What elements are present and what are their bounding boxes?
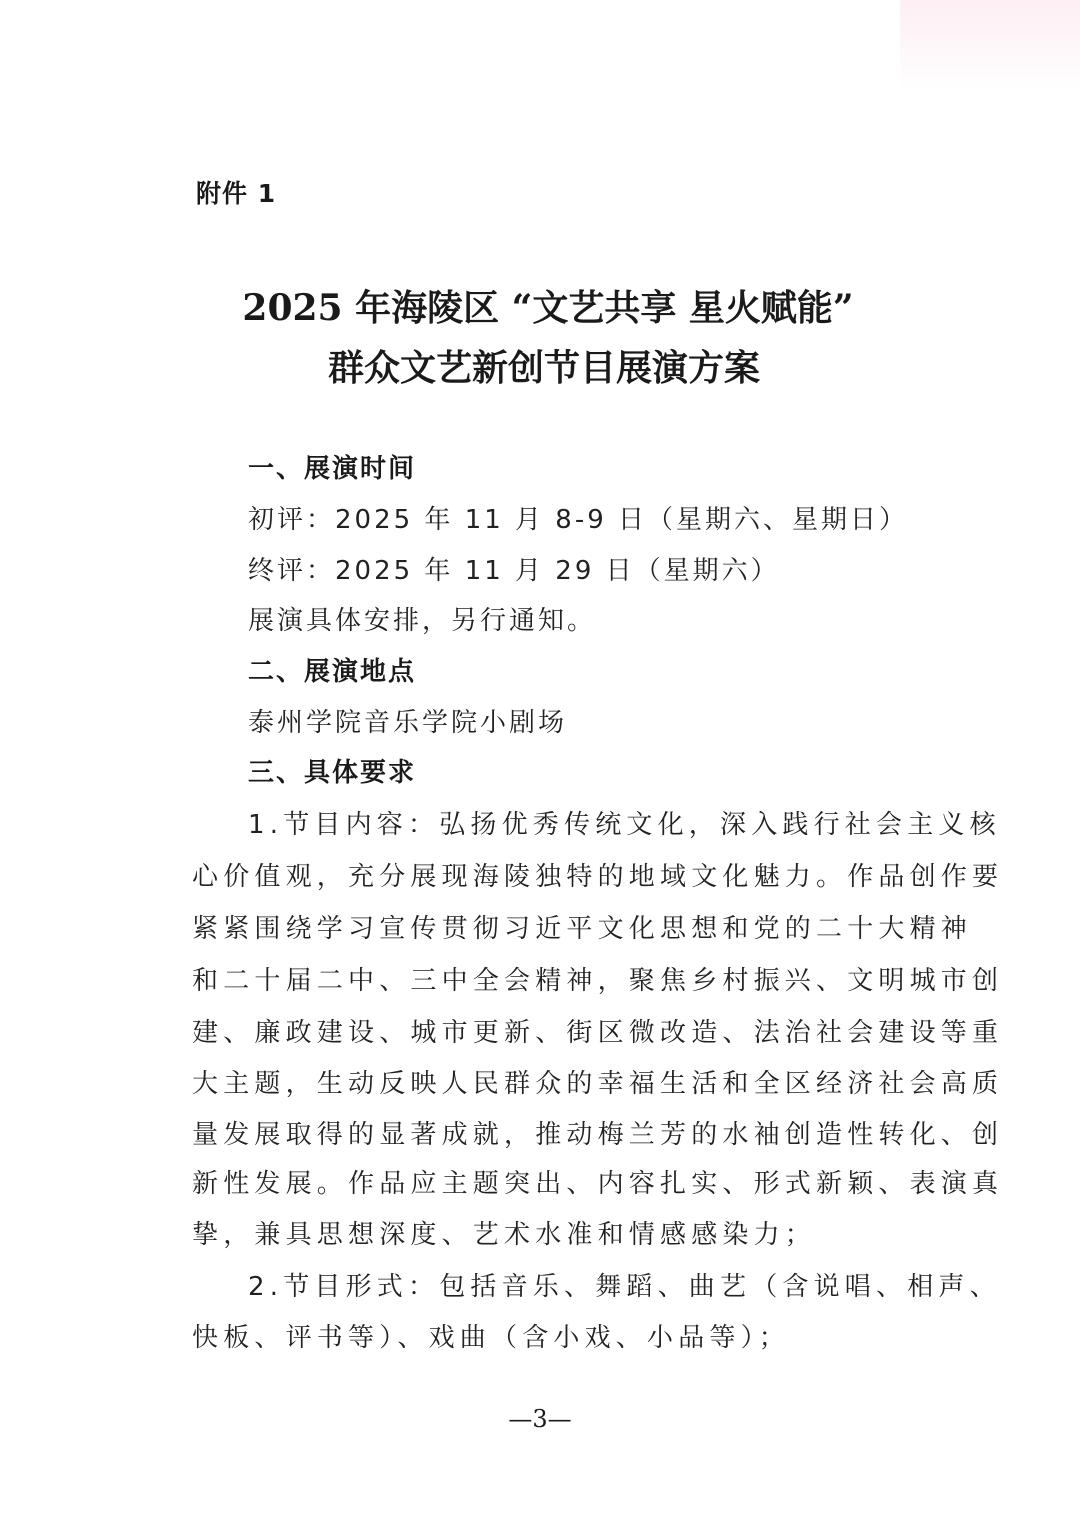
- attachment-label: 附件 1: [196, 174, 276, 210]
- section-heading-requirements: 三、具体要求: [248, 752, 416, 789]
- paragraph-line: 快板、评书等）、戏曲（含小戏、小品等）；: [192, 1317, 790, 1354]
- section-heading-time: 一、展演时间: [248, 448, 416, 485]
- page-number: —3—: [0, 1405, 1080, 1433]
- scan-tint: [900, 0, 1080, 90]
- section-heading-venue: 二、展演地点: [248, 651, 416, 688]
- paragraph-line: 建、廉政建设、城市更新、街区微改造、法治社会建设等重: [192, 1012, 1003, 1049]
- paragraph-line: 大主题，生动反映人民群众的幸福生活和全区经济社会高质: [192, 1063, 1003, 1100]
- schedule-preliminary: 初评：2025 年 11 月 8-9 日（星期六、星期日）: [248, 499, 908, 536]
- paragraph-line: 挚，兼具思想深度、艺术水准和情感感染力；: [192, 1214, 816, 1251]
- schedule-final: 终评：2025 年 11 月 29 日（星期六）: [248, 550, 780, 587]
- document-title-line-1: 2025 年海陵区 “文艺共享 星火赋能”: [0, 280, 1080, 331]
- paragraph-line: 1.节目内容：弘扬优秀传统文化，深入践行社会主义核: [248, 804, 1001, 841]
- paragraph-line: 心价值观，充分展现海陵独特的地域文化魅力。作品创作要: [192, 856, 1003, 893]
- paragraph-line: 量发展取得的显著成就，推动梅兰芳的水袖创造性转化、创: [192, 1114, 1003, 1151]
- paragraph-line: 紧紧围绕学习宣传贯彻习近平文化思想和党的二十大精神: [192, 908, 972, 945]
- venue-text: 泰州学院音乐学院小剧场: [248, 702, 567, 739]
- paragraph-line: 新性发展。作品应主题突出、内容扎实、形式新颖、表演真: [192, 1163, 1003, 1200]
- schedule-note: 展演具体安排，另行通知。: [248, 600, 596, 637]
- document-title-line-2: 群众文艺新创节目展演方案: [0, 340, 1080, 391]
- paragraph-line: 和二十届二中、三中全会精神，聚焦乡村振兴、文明城市创: [192, 960, 1003, 997]
- paragraph-line: 2.节目形式：包括音乐、舞蹈、曲艺（含说唱、相声、: [248, 1266, 1001, 1303]
